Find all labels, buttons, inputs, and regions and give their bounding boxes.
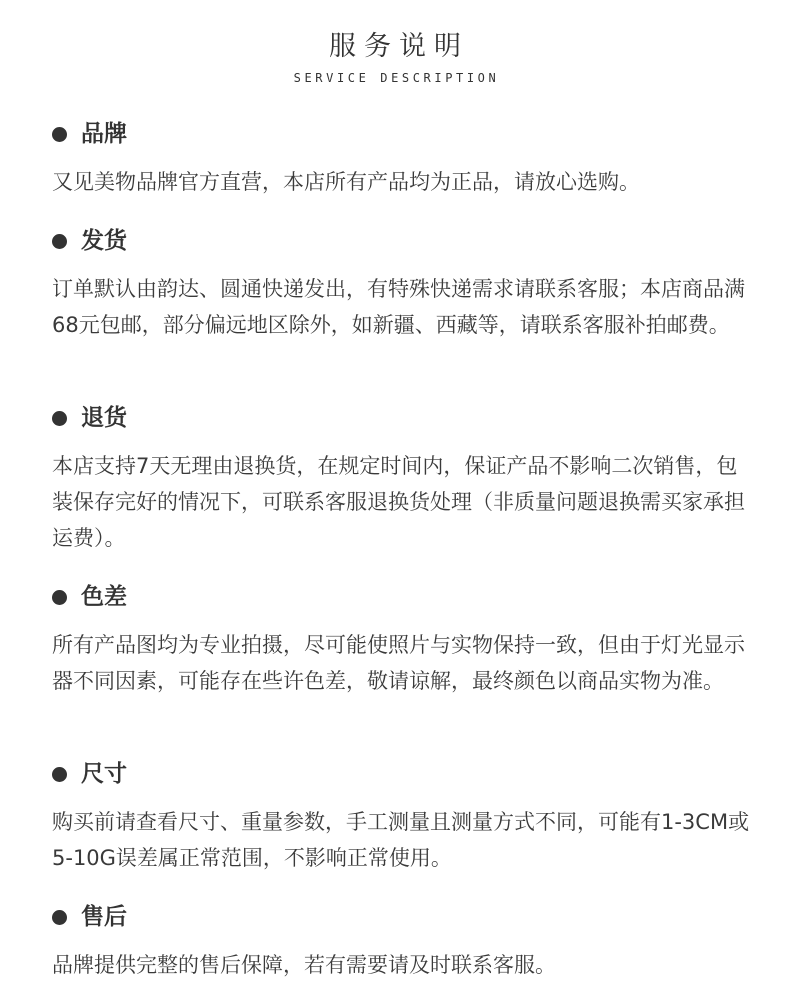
section-size: 尺寸 购买前请查看尺寸、重量参数，手工测量且测量方式不同，可能有1-3CM或5-… (52, 757, 752, 876)
section-brand: 品牌 又见美物品牌官方直营，本店所有产品均为正品，请放心选购。 (52, 117, 752, 200)
section-shipping: 发货 订单默认由韵达、圆通快递发出，有特殊快递需求请联系客服；本店商品满68元包… (52, 224, 752, 343)
bullet-icon (52, 234, 67, 249)
section-after-sales: 售后 品牌提供完整的售后保障，若有需要请及时联系客服。 (52, 900, 752, 983)
section-body: 所有产品图均为专业拍摄，尽可能使照片与实物保持一致，但由于灯光显示器不同因素，可… (52, 627, 752, 699)
section-body: 又见美物品牌官方直营，本店所有产品均为正品，请放心选购。 (52, 164, 752, 200)
section-body: 品牌提供完整的售后保障，若有需要请及时联系客服。 (52, 947, 752, 983)
section-body: 购买前请查看尺寸、重量参数，手工测量且测量方式不同，可能有1-3CM或5-10G… (52, 804, 752, 876)
section-color-difference: 色差 所有产品图均为专业拍摄，尽可能使照片与实物保持一致，但由于灯光显示器不同因… (52, 580, 752, 699)
section-returns: 退货 本店支持7天无理由退换货，在规定时间内，保证产品不影响二次销售，包装保存完… (52, 401, 752, 556)
bullet-icon (52, 910, 67, 925)
section-title: 退货 (81, 401, 127, 435)
page-title: 服务说明 (8, 30, 790, 64)
bullet-icon (52, 590, 67, 605)
section-title: 发货 (81, 224, 127, 258)
section-body: 本店支持7天无理由退换货，在规定时间内，保证产品不影响二次销售，包装保存完好的情… (52, 448, 752, 556)
section-body: 订单默认由韵达、圆通快递发出，有特殊快递需求请联系客服；本店商品满68元包邮，部… (52, 271, 752, 343)
page-subtitle: SERVICE DESCRIPTION (3, 70, 790, 86)
page-header: 服务说明 SERVICE DESCRIPTION (0, 30, 790, 86)
bullet-icon (52, 411, 67, 426)
bullet-icon (52, 767, 67, 782)
section-title: 色差 (81, 580, 127, 614)
section-title: 尺寸 (81, 757, 127, 791)
section-title: 售后 (81, 900, 127, 934)
bullet-icon (52, 127, 67, 142)
section-title: 品牌 (81, 117, 127, 151)
